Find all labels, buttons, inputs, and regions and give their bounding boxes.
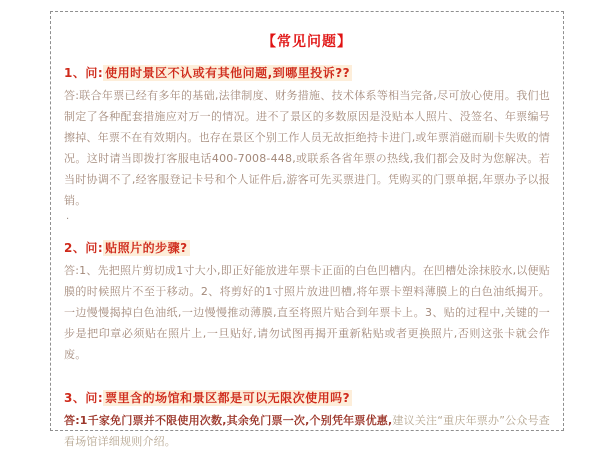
page-title: 【常见问题】 [64,31,550,51]
faq-question-3-text: 票里含的场馆和景区都是可以无限次使用吗? [103,390,352,400]
faq-question-2-text: 贴照片的步骤? [103,240,189,256]
faq-answer-2: 答:1、先把照片剪切成1寸大小,即正好能放进年票卡正面的白色凹槽内。在凹槽处涂抹… [64,260,550,365]
faq-answer-1: 答:联合年票已经有多年的基础,法律制度、财务措施、技术体系等相当完备,尽可放心使… [64,85,550,211]
faq-question-3: 3、问:票里含的场馆和景区都是可以无限次使用吗? [64,389,550,400]
faq-question-3-prefix: 3、问: [64,391,103,400]
faq-question-1-text: 使用时景区不认或有其他问题,到哪里投诉?? [103,65,352,81]
faq-panel: 【常见问题】 1、问:使用时景区不认或有其他问题,到哪里投诉?? 答:联合年票已… [50,11,564,400]
faq-question-1: 1、问:使用时景区不认或有其他问题,到哪里投诉?? [64,64,550,82]
faq-question-1-prefix: 1、问: [64,66,103,80]
faq-question-2: 2、问:贴照片的步骤? [64,239,550,257]
faq-question-2-prefix: 2、问: [64,241,103,255]
stray-bullet: · [66,214,550,226]
